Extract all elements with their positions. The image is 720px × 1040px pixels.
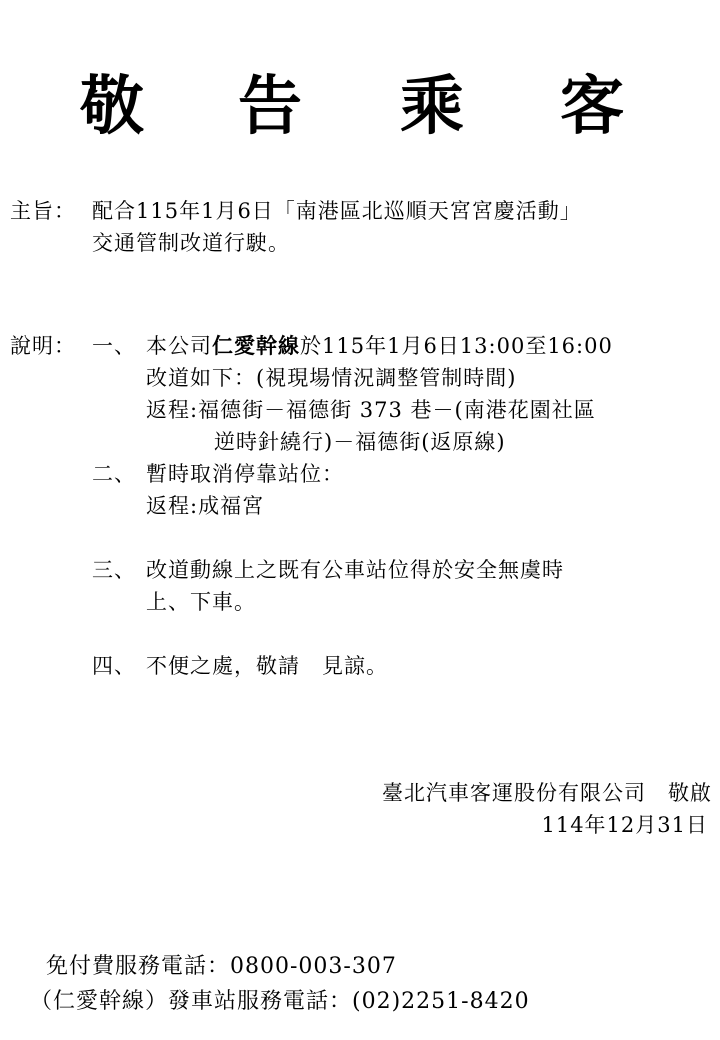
explanation-label: 說明： xyxy=(10,331,76,361)
item-1-line-4: 逆時針繞行)－福德街(返原線) xyxy=(214,427,506,457)
item-3-line-2: 上、下車。 xyxy=(146,587,256,617)
notice-title: 敬 告 乘 客 xyxy=(0,62,720,152)
item-1-line-3: 返程:福德街－福德街 373 巷－(南港花園社區 xyxy=(146,395,596,425)
item-3-line-1: 改道動線上之既有公車站位得於安全無虞時 xyxy=(146,555,564,585)
toll-free-phone: 免付費服務電話：0800-003-307 xyxy=(46,952,397,982)
route-name: 仁愛幹線 xyxy=(212,334,300,358)
title-char-2: 告 xyxy=(238,62,302,152)
item-2-number: 二、 xyxy=(92,459,136,489)
item-1-pre: 本公司 xyxy=(146,334,212,358)
subject-line-2: 交通管制改道行駛。 xyxy=(92,228,290,258)
item-2-line-1: 暫時取消停靠站位： xyxy=(146,459,344,489)
item-1-line-2: 改道如下：(視現場情況調整管制時間) xyxy=(146,363,516,393)
item-2-line-2: 返程:成福宮 xyxy=(146,491,264,521)
item-4-line-1: 不便之處，敬請 見諒。 xyxy=(146,651,388,681)
title-char-4: 客 xyxy=(560,62,624,152)
subject-line-1: 配合115年1月6日「南港區北巡順天宮宮慶活動」 xyxy=(92,196,582,226)
item-4-number: 四、 xyxy=(92,651,136,681)
item-1-post: 於115年1月6日13:00至16:00 xyxy=(300,334,613,358)
item-1-number: 一、 xyxy=(92,331,136,361)
company-signature: 臺北汽車客運股份有限公司 敬啟 xyxy=(382,778,712,808)
title-char-1: 敬 xyxy=(80,62,144,152)
item-1-line-1: 本公司仁愛幹線於115年1月6日13:00至16:00 xyxy=(146,331,613,361)
subject-label: 主旨： xyxy=(10,196,76,226)
title-char-3: 乘 xyxy=(400,62,464,152)
station-phone: （仁愛幹線）發車站服務電話：(02)2251-8420 xyxy=(30,987,530,1017)
notice-date: 114年12月31日 xyxy=(541,810,708,840)
item-3-number: 三、 xyxy=(92,555,136,585)
